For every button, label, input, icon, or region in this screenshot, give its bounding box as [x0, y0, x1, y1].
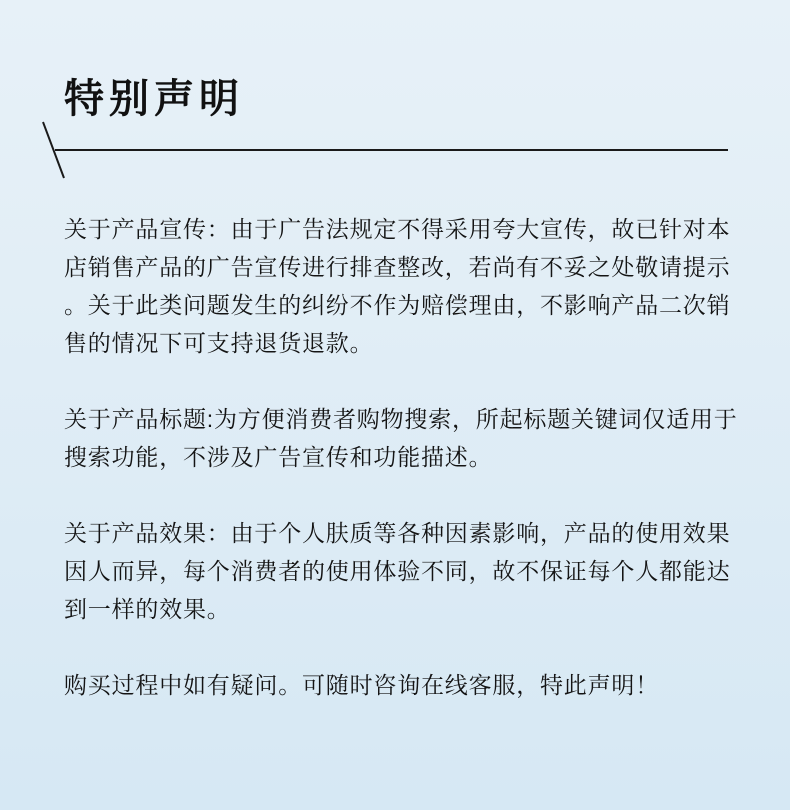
statement-paragraph-closing: 购买过程中如有疑问。可随时咨询在线客服，特此声明！ — [64, 666, 758, 704]
statement-paragraph-product-promotion: 关于产品宣传：由于广告法规定不得采用夸大宣传，故已针对本 店销售产品的广告宣传进… — [64, 210, 758, 362]
special-statement-page: 特别声明 关于产品宣传：由于广告法规定不得采用夸大宣传，故已针对本 店销售产品的… — [0, 0, 790, 810]
statement-paragraph-product-effect: 关于产品效果：由于个人肤质等各种因素影响，产品的使用效果 因人而异，每个消费者的… — [64, 514, 758, 628]
page-title: 特别声明 — [64, 76, 244, 122]
statement-paragraph-product-title: 关于产品标题:为方便消费者购物搜索，所起标题关键词仅适用于 搜索功能，不涉及广告… — [64, 400, 758, 476]
statement-body: 关于产品宣传：由于广告法规定不得采用夸大宣传，故已针对本 店销售产品的广告宣传进… — [64, 210, 758, 742]
title-underline-decoration — [40, 118, 740, 184]
